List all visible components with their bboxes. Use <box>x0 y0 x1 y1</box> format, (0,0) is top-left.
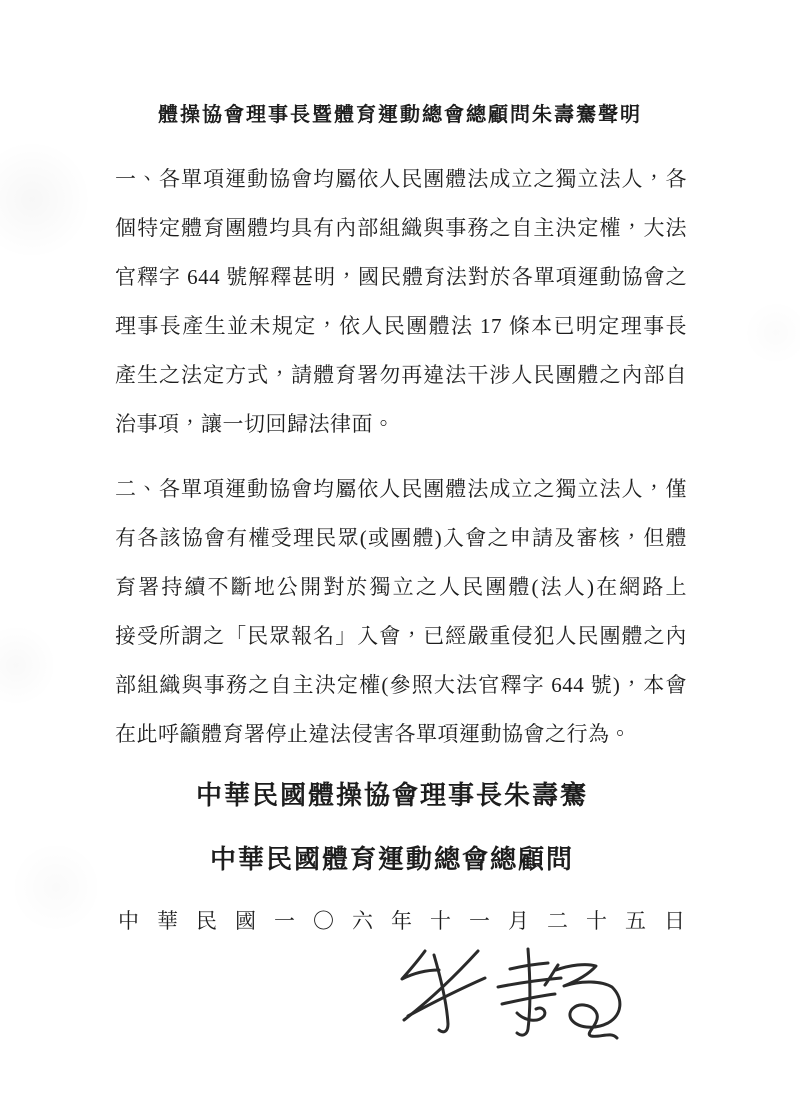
paragraph-1-line: 官釋字 644 號解釋甚明，國民體育法對於各單項運動協會之 <box>115 253 687 302</box>
paragraph-1-line: 理事長產生並未規定，依人民團體法 17 條本已明定理事長 <box>115 302 687 351</box>
paragraph-2-line: 有各該協會有權受理民眾(或團體)入會之申請及審核，但體 <box>115 514 687 563</box>
scanned-document-page: 體操協會理事長暨體育運動總會總顧問朱壽騫聲明 一、各單項運動協會均屬依人民團體法… <box>0 0 800 1109</box>
paragraph-1-line: 治事項，讓一切回歸法律面。 <box>115 400 687 449</box>
signer-title-sports-federation: 中華民國體育運動總會總顧問 <box>0 839 784 876</box>
paragraph-1-line: 個特定體育團體均具有內部組織與事務之自主決定權，大法 <box>115 204 687 253</box>
paragraph-2-line: 育署持續不斷地公開對於獨立之人民團體(法人)在網路上 <box>115 563 687 612</box>
signer-title-gymnastics-association: 中華民國體操協會理事長朱壽騫 <box>0 775 784 812</box>
handwritten-signature: 朱壽騫 <box>350 925 670 1075</box>
paragraph-2-line: 接受所謂之「民眾報名」入會，已經嚴重侵犯人民團體之內 <box>115 612 687 661</box>
paragraph-2-line: 二、各單項運動協會均屬依人民團體法成立之獨立法人，僅 <box>115 465 687 514</box>
paragraph-2: 二、各單項運動協會均屬依人民團體法成立之獨立法人，僅 有各該協會有權受理民眾(或… <box>115 465 687 759</box>
paragraph-1-line: 產生之法定方式，請體育署勿再違法干涉人民團體之內部自 <box>115 351 687 400</box>
paragraph-2-line: 在此呼籲體育署停止違法侵害各單項運動協會之行為。 <box>115 710 687 759</box>
paragraph-1: 一、各單項運動協會均屬依人民團體法成立之獨立法人，各 個特定體育團體均具有內部組… <box>115 155 687 449</box>
paragraph-1-line: 一、各單項運動協會均屬依人民團體法成立之獨立法人，各 <box>115 155 687 204</box>
signature-char-zhu <box>402 951 485 1032</box>
document-title: 體操協會理事長暨體育運動總會總顧問朱壽騫聲明 <box>0 98 800 127</box>
paragraph-2-line: 部組織與事務之自主決定權(參照大法官釋字 644 號)，本會 <box>115 661 687 710</box>
signature-char-qian <box>545 965 620 1038</box>
signature-char-shou <box>498 949 561 1035</box>
